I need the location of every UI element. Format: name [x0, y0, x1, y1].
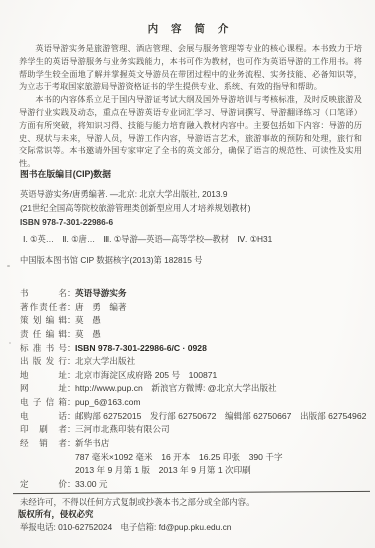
website-label: 网址 [20, 382, 67, 394]
cip-header: 图书在版编目(CIP)数据 [20, 167, 362, 180]
report-contact: 举报电话: 010-62752024 电子信箱: fd@pup.pku.edu.… [20, 521, 370, 533]
address-row: 地址：北京市海淀区成府路 205 号 100871 [20, 369, 367, 383]
book-title-label: 书名 [20, 287, 67, 299]
distributor-row: 经销者：新华书店 [20, 437, 367, 451]
website-value: http://www.pup.cn 新浪官方微博: @北京大学出版社 [75, 382, 277, 394]
cip-series-line: (21世纪全国高等院校旅游管理类创新型应用人才培养规划教材) [20, 203, 362, 213]
planning-editor-value: 莫 愚 [75, 314, 101, 326]
book-title-value: 英语导游实务 [75, 287, 127, 299]
content-summary-section: 内 容 简 介 英语导游实务是旅游管理、酒店管理、会展与服务管理等专业的核心课程… [19, 21, 362, 171]
price-row: 定价：33.00 元 [20, 478, 367, 492]
intro-paragraph-1: 英语导游实务是旅游管理、酒店管理、会展与服务管理等专业的核心课程。本书致力于培养… [19, 43, 362, 94]
distributor-label: 经销者 [20, 437, 67, 449]
isbn-label: 标准书号 [20, 342, 67, 354]
cip-isbn-line: ISBN 978-7-301-22986-6 [20, 217, 362, 227]
publisher-label: 出版发行 [20, 355, 67, 367]
email-label: 电子信箱 [20, 396, 67, 408]
address-value: 北京市海淀区成府路 205 号 100871 [75, 369, 217, 381]
content-summary-title: 内 容 简 介 [19, 21, 362, 36]
divider-rule [13, 491, 370, 494]
scan-speck [9, 342, 11, 344]
no-copy-notice: 未经许可，不得以任何方式复制或抄袭本书之部分或全部内容。 [20, 496, 370, 508]
all-rights-reserved: 版权所有，侵权必究 [18, 508, 370, 520]
edition-row: 2013 年 9 月第 1 版 2013 年 9 月第 1 次印刷 [20, 464, 367, 478]
copyright-notice-section: 未经许可，不得以任何方式复制或抄袭本书之部分或全部内容。 版权所有，侵权必究 举… [13, 492, 370, 533]
author-row: 著作责任者：唐 勇 编著 [20, 301, 367, 315]
email-value: pup_6@163.com [75, 397, 141, 407]
planning-editor-row: 策划编辑：莫 愚 [20, 314, 367, 328]
isbn-row: 标准书号：ISBN 978-7-301-22986-6/C · 0928 [20, 342, 367, 356]
cip-data-section: 图书在版编目(CIP)数据 英语导游实务/唐勇编著. —北京: 北京大学出版社,… [20, 167, 362, 265]
price-label: 定价 [20, 478, 67, 490]
book-copyright-page: 内 容 简 介 英语导游实务是旅游管理、酒店管理、会展与服务管理等专业的核心课程… [0, 0, 375, 548]
executive-editor-row: 责任编辑：莫 愚 [20, 328, 367, 342]
publisher-value: 北京大学出版社 [75, 355, 135, 367]
phone-label: 电话 [20, 410, 67, 422]
publication-info-section: 书名：英语导游实务 著作责任者：唐 勇 编著 策划编辑：莫 愚 责任编辑：莫 愚… [20, 287, 367, 492]
author-label: 著作责任者 [20, 301, 67, 313]
email-row: 电子信箱：pup_6@163.com [20, 396, 367, 410]
website-row: 网址：http://www.pup.cn 新浪官方微博: @北京大学出版社 [20, 382, 367, 396]
isbn-value: ISBN 978-7-301-22986-6/C · 0928 [75, 343, 207, 353]
cip-classification-line: Ⅰ. ①英… Ⅱ. ①唐… Ⅲ. ①导游—英语—高等学校—教材 Ⅳ. ①H31 [20, 234, 362, 244]
phone-value: 邮购部 62752015 发行部 62750672 编辑部 62750667 出… [75, 410, 366, 422]
address-label: 地址 [20, 369, 67, 381]
printer-value: 三河市北燕印装有限公司 [75, 423, 170, 435]
executive-editor-value: 莫 愚 [75, 328, 101, 340]
cip-title-line: 英语导游实务/唐勇编著. —北京: 北京大学出版社, 2013.9 [20, 189, 362, 199]
format-row: 787 毫米×1092 毫米 16 开本 16.25 印张 390 千字 [20, 451, 367, 465]
distributor-value: 新华书店 [75, 437, 109, 449]
author-value: 唐 勇 编著 [75, 301, 127, 313]
format-value: 787 毫米×1092 毫米 16 开本 16.25 印张 390 千字 [75, 451, 283, 463]
publisher-row: 出版发行：北京大学出版社 [20, 355, 367, 369]
planning-editor-label: 策划编辑 [20, 314, 67, 326]
phone-row: 电话：邮购部 62752015 发行部 62750672 编辑部 6275066… [20, 410, 367, 424]
book-title-row: 书名：英语导游实务 [20, 287, 367, 301]
printer-row: 印刷者：三河市北燕印装有限公司 [20, 423, 367, 437]
scan-speck [7, 265, 10, 267]
intro-paragraph-2: 本书的内容体系立足于国内导游证考试大纲及国外导游培训与考核标准，及时反映旅游及导… [19, 94, 362, 171]
price-value: 33.00 元 [75, 478, 108, 490]
executive-editor-label: 责任编辑 [20, 328, 67, 340]
cip-record-number-line: 中国版本图书馆 CIP 数据核字(2013)第 182815 号 [20, 255, 362, 265]
printer-label: 印刷者 [20, 423, 67, 435]
edition-value: 2013 年 9 月第 1 版 2013 年 9 月第 1 次印刷 [75, 464, 251, 476]
